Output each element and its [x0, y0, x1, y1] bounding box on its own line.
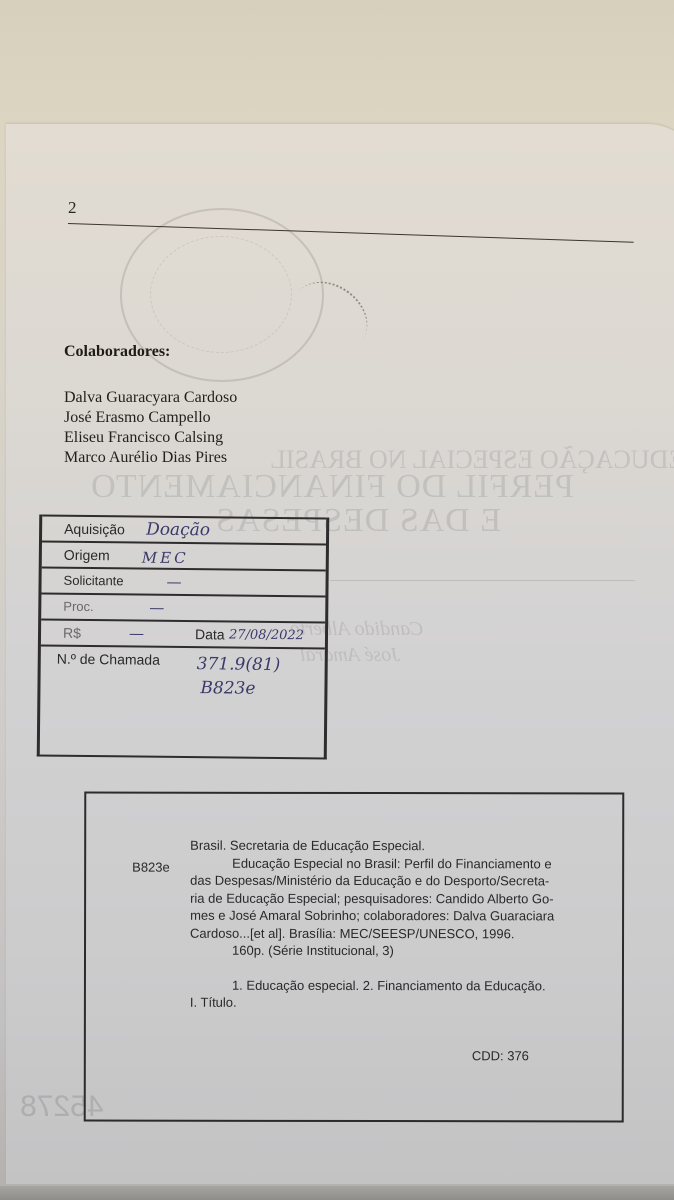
requester-label: Solicitante	[63, 569, 123, 594]
catalog-collation: 160p. (Série Institucional, 3)	[190, 942, 608, 960]
show-through-rule	[330, 580, 635, 581]
requester-row: Solicitante —	[41, 567, 325, 596]
catalog-card: B823e Brasil. Secretaria de Educação Esp…	[84, 792, 625, 1123]
process-row: Proc. —	[41, 593, 325, 622]
collaborator-name: Eliseu Francisco Calsing	[64, 428, 237, 448]
catalog-cdd: CDD: 376	[472, 1047, 529, 1065]
catalog-title-entry: I. Título.	[190, 994, 608, 1012]
catalog-entry: Brasil. Secretaria de Educação Especial.…	[190, 837, 608, 1012]
acquisition-value: Doação	[146, 518, 210, 543]
catalog-body-line: ria de Educação Especial; pesquisadores:…	[190, 889, 608, 907]
collaborator-name: Dalva Guaracyara Cardoso	[64, 388, 237, 408]
library-stamp-inner-ring	[150, 236, 292, 353]
process-label: Proc.	[63, 595, 94, 619]
page-edge-shadow	[0, 1186, 674, 1200]
requester-value: —	[166, 570, 181, 594]
call-number-label: N.º de Chamada	[57, 647, 160, 672]
price-date-row: R$ — Data 27/08/2022	[41, 619, 325, 648]
origin-row: Origem MEC	[42, 541, 326, 570]
process-value: —	[149, 596, 164, 620]
collaborators-list: Dalva Guaracyara Cardoso José Erasmo Cam…	[64, 388, 237, 468]
acquisition-row: Aquisição Doação	[42, 515, 326, 544]
catalog-subjects: 1. Educação especial. 2. Financiamento d…	[190, 976, 608, 994]
origin-label: Origem	[64, 543, 110, 567]
date-label: Data	[195, 622, 225, 646]
catalog-author: Brasil. Secretaria de Educação Especial.	[190, 837, 608, 855]
catalog-body-line: Cardoso...[et al]. Brasília: MEC/SEESP/U…	[190, 924, 608, 942]
collaborator-name: José Erasmo Campello	[64, 408, 237, 428]
page-number: 2	[68, 198, 77, 218]
call-number-line2: B823e	[200, 676, 255, 701]
show-through-title-line: PERFIL DO FINANCIAMENTO	[90, 468, 574, 506]
acquisition-form: Aquisição Doação Origem MEC Solicitante …	[37, 514, 330, 759]
origin-value: MEC	[142, 546, 189, 570]
catalog-body-line: mes e José Amaral Sobrinho; colaboradore…	[190, 907, 608, 925]
collaborators-heading: Colaboradores:	[64, 343, 170, 361]
catalog-spacer	[190, 959, 608, 977]
call-number-line1: 371.9(81)	[197, 652, 281, 677]
collaborator-name: Marco Aurélio Dias Pires	[64, 448, 237, 468]
catalog-body-line: das Despesas/Ministério da Educação e do…	[190, 872, 608, 890]
catalog-call-number: B823e	[132, 859, 170, 877]
catalog-title-line: Educação Especial no Brasil: Perfil do F…	[190, 854, 608, 872]
price-value: —	[129, 621, 144, 645]
acquisition-label: Aquisição	[64, 517, 125, 542]
price-label: R$	[63, 621, 81, 645]
date-value: 27/08/2022	[229, 623, 304, 648]
call-number-row: N.º de Chamada 371.9(81) B823e	[40, 645, 325, 760]
